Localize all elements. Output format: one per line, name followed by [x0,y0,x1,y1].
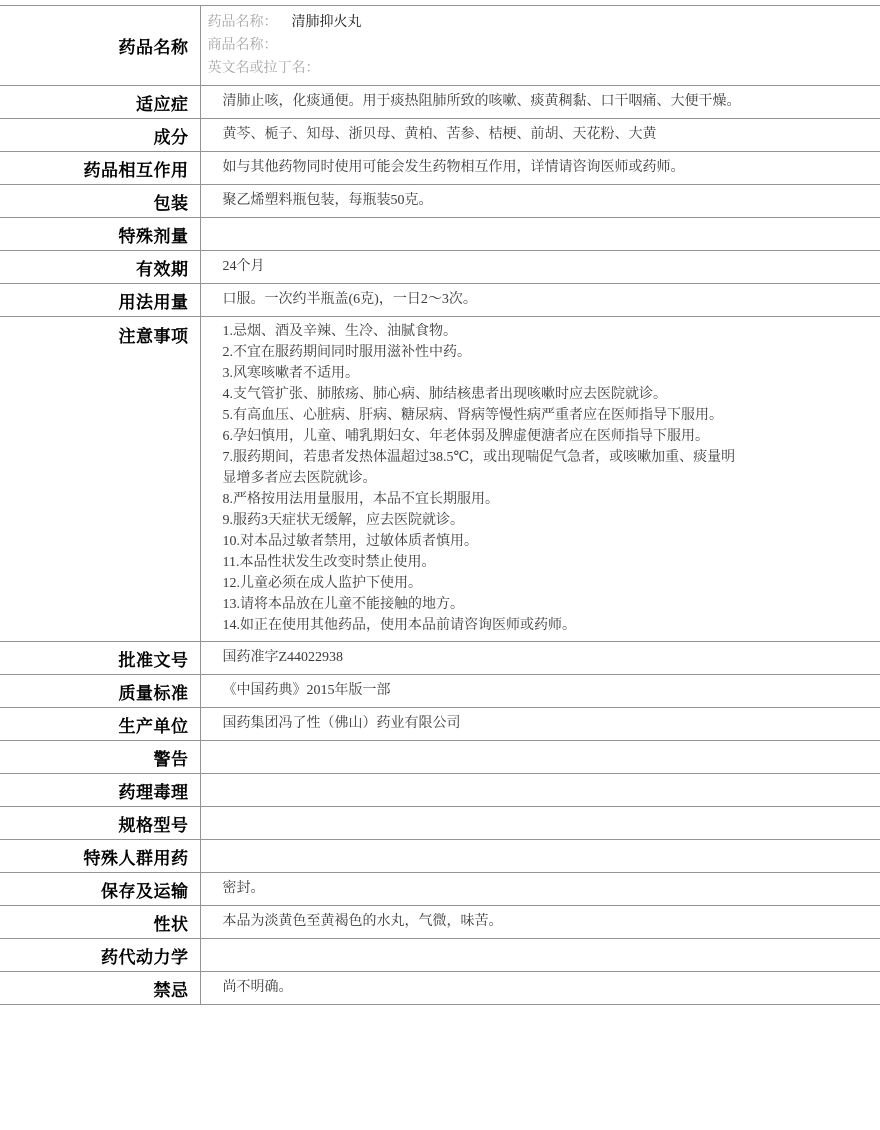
row-label: 特殊剂量 [0,218,200,251]
drug-name-block: 药品名称：清肺抑火丸 商品名称： 英文名或拉丁名： [200,6,880,86]
latin-name-line: 英文名或拉丁名： [208,57,866,80]
row-label: 警告 [0,741,200,774]
row-label: 用法用量 [0,284,200,317]
row-value: 国药集团冯了性（佛山）药业有限公司 [200,708,880,741]
row-drug-name: 药品名称 药品名称：清肺抑火丸 商品名称： 英文名或拉丁名： [0,6,880,86]
precaution-item: 11.本品性状发生改变时禁止使用。 [223,552,743,573]
drug-info-table: 药品名称 药品名称：清肺抑火丸 商品名称： 英文名或拉丁名： 适应症 清肺止咳，… [0,5,880,1005]
row-value [200,807,880,840]
row-dosage-usage: 用法用量 口服。一次约半瓶盖(6克)，一日2～3次。 [0,284,880,317]
precautions-list: 1.忌烟、酒及辛辣、生冷、油腻食物。 2.不宜在服药期间同时服用滋补性中药。 3… [200,317,880,642]
precaution-item: 2.不宜在服药期间同时服用滋补性中药。 [223,342,743,363]
row-value: 黄芩、栀子、知母、浙贝母、黄柏、苦参、桔梗、前胡、天花粉、大黄 [200,119,880,152]
row-value: 国药准字Z44022938 [200,642,880,675]
row-label: 包装 [0,185,200,218]
row-packaging: 包装 聚乙烯塑料瓶包装，每瓶装50克。 [0,185,880,218]
row-label: 批准文号 [0,642,200,675]
row-value: 密封。 [200,873,880,906]
precaution-item: 13.请将本品放在儿童不能接触的地方。 [223,594,743,615]
row-storage-transport: 保存及运输 密封。 [0,873,880,906]
row-label: 特殊人群用药 [0,840,200,873]
precaution-item: 4.支气管扩张、肺脓疡、肺心病、肺结核患者出现咳嗽时应去医院就诊。 [223,384,743,405]
precaution-item: 3.风寒咳嗽者不适用。 [223,363,743,384]
row-value: 本品为淡黄色至黄褐色的水丸，气微，味苦。 [200,906,880,939]
row-label: 药理毒理 [0,774,200,807]
generic-name-line: 药品名称：清肺抑火丸 [208,11,866,34]
trade-name-sub-label: 商品名称： [208,38,278,53]
row-pharmacokinetics: 药代动力学 [0,939,880,972]
row-label: 适应症 [0,86,200,119]
generic-name-value: 清肺抑火丸 [292,15,362,30]
row-value: 如与其他药物同时使用可能会发生药物相互作用，详情请咨询医师或药师。 [200,152,880,185]
row-value [200,774,880,807]
precaution-item: 10.对本品过敏者禁用，过敏体质者慎用。 [223,531,743,552]
row-special-populations: 特殊人群用药 [0,840,880,873]
row-value: 尚不明确。 [200,972,880,1005]
row-value: 口服。一次约半瓶盖(6克)，一日2～3次。 [200,284,880,317]
row-ingredients: 成分 黄芩、栀子、知母、浙贝母、黄柏、苦参、桔梗、前胡、天花粉、大黄 [0,119,880,152]
row-label: 保存及运输 [0,873,200,906]
row-value [200,939,880,972]
precaution-item: 9.服药3天症状无缓解，应去医院就诊。 [223,510,743,531]
row-label: 药品相互作用 [0,152,200,185]
generic-name-sub-label: 药品名称： [208,15,278,30]
row-label: 药品名称 [0,6,200,86]
row-shelf-life: 有效期 24个月 [0,251,880,284]
precaution-item: 6.孕妇慎用，儿童、哺乳期妇女、年老体弱及脾虚便溏者应在医师指导下服用。 [223,426,743,447]
row-label: 禁忌 [0,972,200,1005]
row-label: 生产单位 [0,708,200,741]
row-specification: 规格型号 [0,807,880,840]
row-label: 规格型号 [0,807,200,840]
precaution-item: 7.服药期间，若患者发热体温超过38.5℃，或出现喘促气急者，或咳嗽加重、痰量明… [223,447,743,489]
row-value: 《中国药典》2015年版一部 [200,675,880,708]
trade-name-line: 商品名称： [208,34,866,57]
precaution-item: 12.儿童必须在成人监护下使用。 [223,573,743,594]
row-manufacturer: 生产单位 国药集团冯了性（佛山）药业有限公司 [0,708,880,741]
row-indications: 适应症 清肺止咳，化痰通便。用于痰热阻肺所致的咳嗽、痰黄稠黏、口干咽痛、大便干燥… [0,86,880,119]
row-value [200,840,880,873]
row-warning: 警告 [0,741,880,774]
row-drug-interactions: 药品相互作用 如与其他药物同时使用可能会发生药物相互作用，详情请咨询医师或药师。 [0,152,880,185]
row-approval-number: 批准文号 国药准字Z44022938 [0,642,880,675]
precaution-item: 5.有高血压、心脏病、肝病、糖尿病、肾病等慢性病严重者应在医师指导下服用。 [223,405,743,426]
row-value: 聚乙烯塑料瓶包装，每瓶装50克。 [200,185,880,218]
row-contraindications: 禁忌 尚不明确。 [0,972,880,1005]
row-label: 性状 [0,906,200,939]
row-quality-standard: 质量标准 《中国药典》2015年版一部 [0,675,880,708]
row-label: 药代动力学 [0,939,200,972]
row-label: 质量标准 [0,675,200,708]
precaution-item: 14.如正在使用其他药品，使用本品前请咨询医师或药师。 [223,615,743,636]
row-precautions: 注意事项 1.忌烟、酒及辛辣、生冷、油腻食物。 2.不宜在服药期间同时服用滋补性… [0,317,880,642]
row-label: 成分 [0,119,200,152]
row-value [200,218,880,251]
precaution-item: 8.严格按用法用量服用，本品不宜长期服用。 [223,489,743,510]
row-value: 24个月 [200,251,880,284]
latin-name-sub-label: 英文名或拉丁名： [208,61,320,76]
row-value: 清肺止咳，化痰通便。用于痰热阻肺所致的咳嗽、痰黄稠黏、口干咽痛、大便干燥。 [200,86,880,119]
row-pharmacology-toxicology: 药理毒理 [0,774,880,807]
row-label: 有效期 [0,251,200,284]
row-special-dosage: 特殊剂量 [0,218,880,251]
row-value [200,741,880,774]
precaution-item: 1.忌烟、酒及辛辣、生冷、油腻食物。 [223,321,743,342]
row-character: 性状 本品为淡黄色至黄褐色的水丸，气微，味苦。 [0,906,880,939]
row-label: 注意事项 [0,317,200,642]
